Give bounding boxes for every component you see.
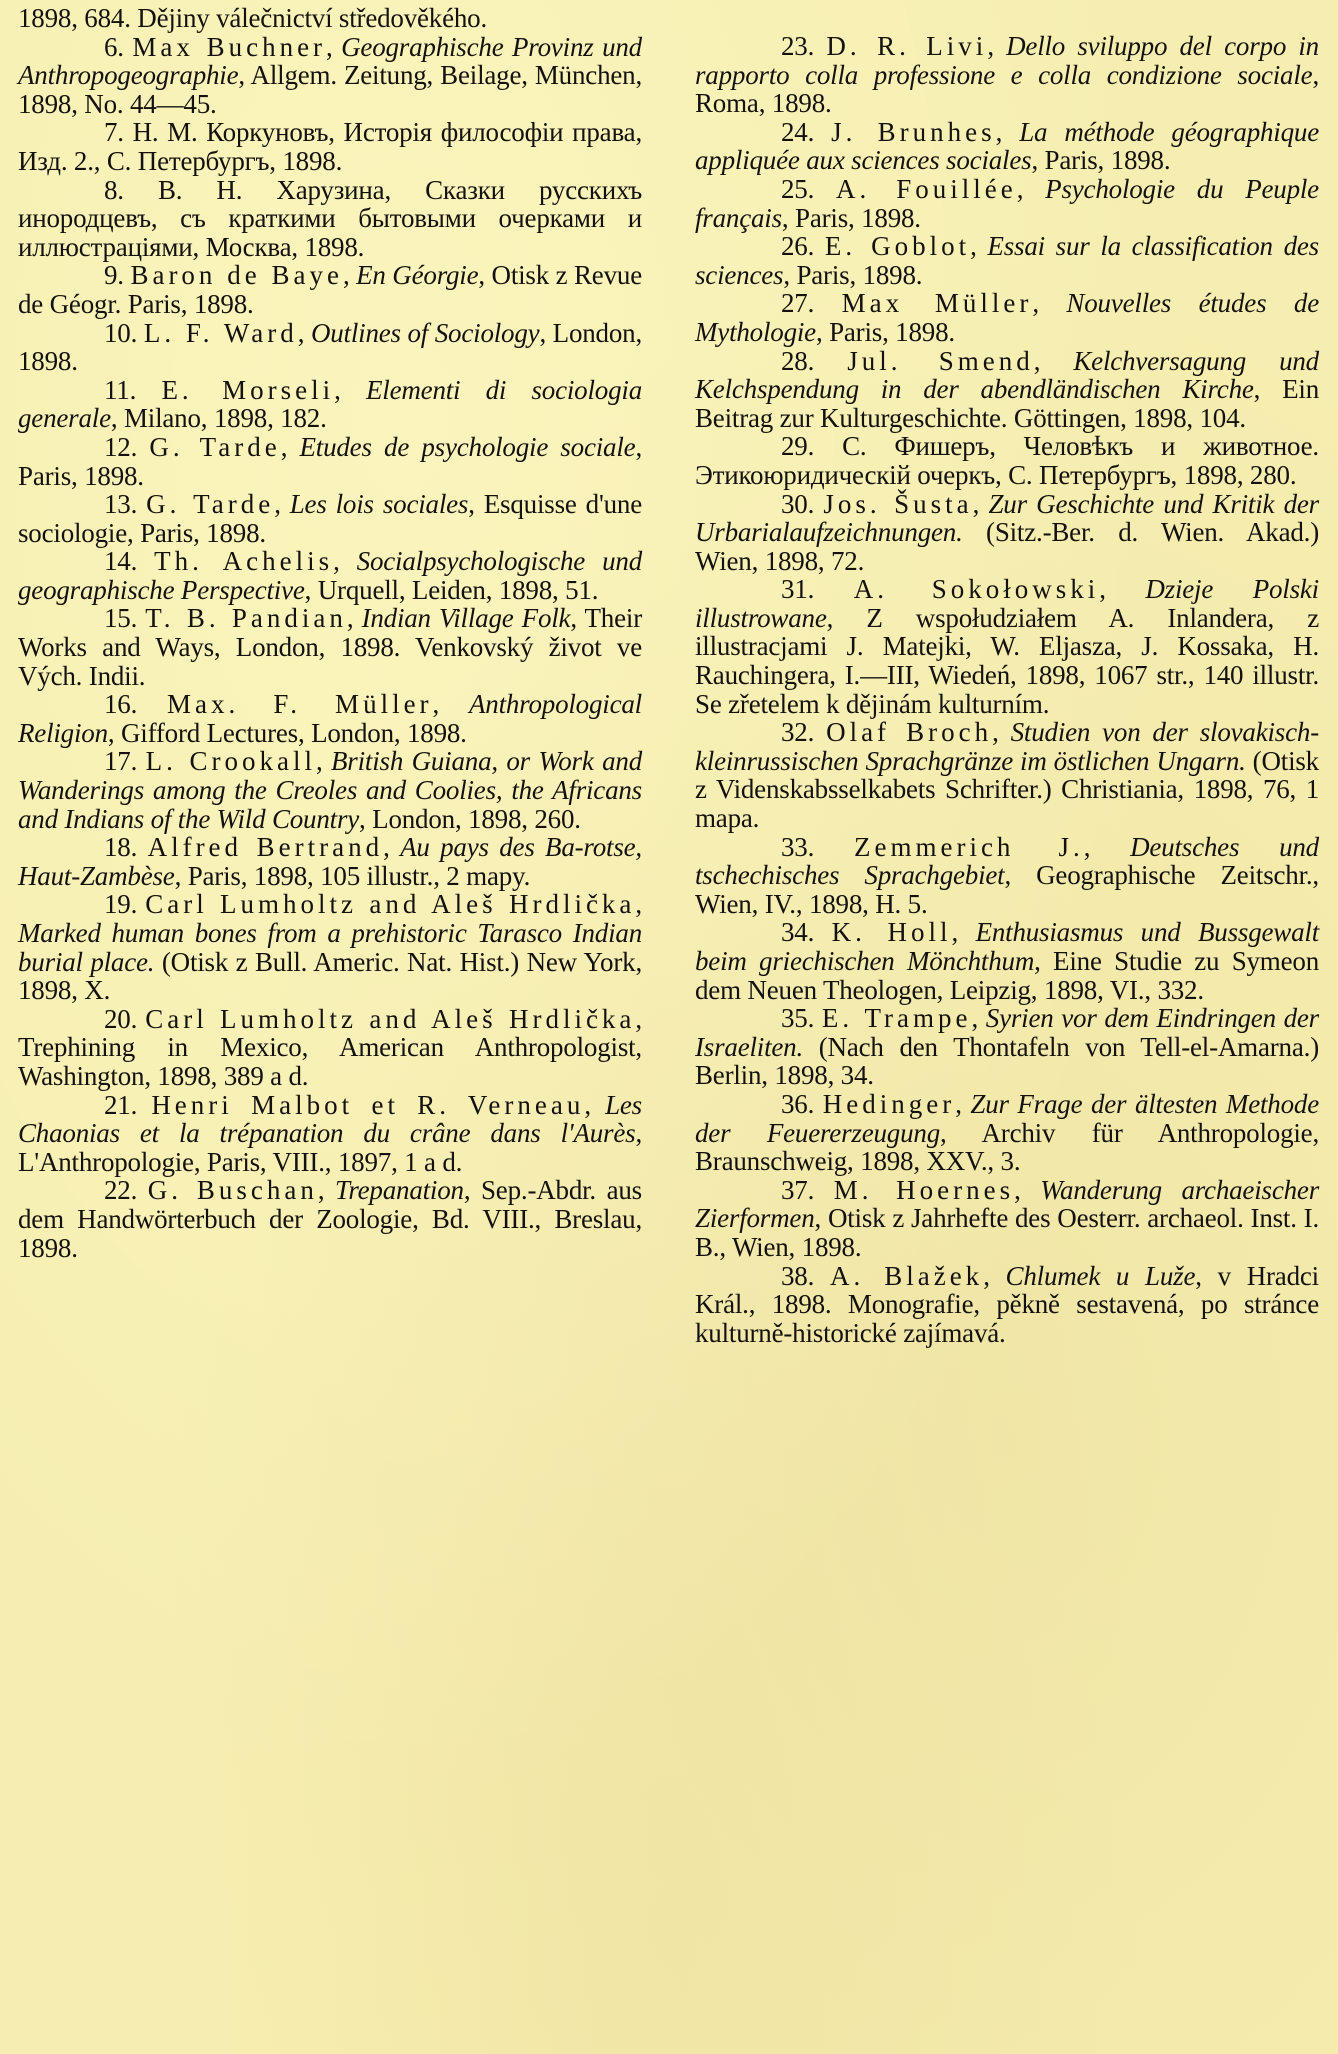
entry-number: 12. [104,432,137,462]
entry-number: 16. [104,689,137,719]
entry-number: 37. [781,1175,814,1205]
bibliography-entry: 16. Max. F. Müller, Anthropological Reli… [18,690,642,747]
entry-number: 30. [781,489,814,519]
entry-number: 10. [104,318,137,348]
bibliography-entry: 28. Jul. Smend, Kelchversagung und Kelch… [695,347,1319,433]
entry-author: E. Morseli [161,375,334,405]
entry-author: Olaf Broch [826,717,992,747]
entry-author: Zemmerich J. [854,832,1084,862]
entry-number: 8. [104,175,124,205]
entry-number: 17. [104,746,137,776]
entry-number: 29. [781,431,814,461]
entry-number: 27. [781,288,814,318]
entry-number: 6. [104,32,124,62]
entry-number: 13. [104,489,137,519]
bibliography-entry: 22. G. Buschan, Trepanation, Sep.-Abdr. … [18,1176,642,1262]
bibliography-entry: 12. G. Tarde, Etudes de psychologie soci… [18,433,642,490]
entry-number: 15. [104,603,137,633]
entry-author: Alfred Bertrand [148,832,384,862]
entry-number: 31. [781,574,814,604]
bibliography-entry: 11. E. Morseli, Elementi di sociologia g… [18,376,642,433]
entry-number: 35. [781,1003,814,1033]
entry-author: G. Buschan [148,1175,318,1205]
entry-details: , Paris, 1898. [1031,145,1170,175]
right-column: 23. D. R. Livi, Dello sviluppo del corpo… [695,32,1319,1347]
bibliography-entry: 33. Zemmerich J., Deutsches und tschechi… [695,833,1319,919]
entry-details: , Paris, 1898. [783,260,922,290]
entry-author: A. Sokołowski [854,574,1100,604]
bibliography-entry: 30. Jos. Šusta, Zur Geschichte und Kriti… [695,490,1319,576]
entry-number: 11. [104,375,136,405]
bibliography-entry: 15. T. B. Pandian, Indian Village Folk, … [18,604,642,690]
entry-author: Carl Lumholtz and Aleš Hrdlička [145,1004,635,1034]
entry-author: T. B. Pandian [145,603,347,633]
bibliography-entry: 1898, 684. Dějiny válečnictví středověké… [18,4,642,33]
entry-author: Max Müller [842,288,1033,318]
bibliography-entry: 24. J. Brunhes, La méthode géographique … [695,118,1319,175]
entry-author: Max Buchner [132,32,326,62]
entry-number: 36. [781,1089,814,1119]
bibliography-entry: 36. Hedinger, Zur Frage der ältesten Met… [695,1090,1319,1176]
entry-number: 21. [104,1090,137,1120]
entry-number: 26. [781,231,814,261]
entry-number: 9. [104,260,124,290]
entry-title: En Géorgie [356,260,478,290]
entry-details: , London, 1898, 260. [359,804,581,834]
entry-number: 7. [104,117,124,147]
entry-author: Max. F. Müller [167,689,433,719]
entry-author: Jul. Smend [847,346,1034,376]
entry-author: J. Brunhes [831,117,995,147]
bibliography-entry: 13. G. Tarde, Les lois sociales, Esquiss… [18,490,642,547]
entry-number: 34. [781,917,814,947]
entry-details: , Paris, 1898. [782,203,921,233]
bibliography-entry: 29. С. Фишеръ, Человѣкъ и животное. Этик… [695,432,1319,489]
bibliography-entry: 17. L. Crookall, British Guiana, or Work… [18,747,642,833]
left-column: 1898, 684. Dějiny válečnictví středověké… [18,4,642,1262]
entry-author: Jos. Šusta [823,489,972,519]
entry-author: G. Tarde [149,432,280,462]
bibliography-entry: 37. M. Hoernes, Wanderung archaeischer Z… [695,1176,1319,1262]
bibliography-entry: 21. Henri Malbot et R. Verneau, Les Chao… [18,1091,642,1177]
entry-details: , Urquell, Leiden, 1898, 51. [305,575,599,605]
bibliography-entry: 31. A. Sokołowski, Dzieje Polski illustr… [695,575,1319,718]
entry-number: 38. [781,1261,814,1291]
entry-title: Etudes de psychologie sociale [299,432,635,462]
bibliography-entry: 20. Carl Lumholtz and Aleš Hrdlička, Tre… [18,1005,642,1091]
entry-title: Outlines of Sociology [311,318,540,348]
bibliography-entry: 6. Max Buchner, Geographische Provinz un… [18,33,642,119]
bibliography-entry: 35. E. Trampe, Syrien vor dem Eindringen… [695,1004,1319,1090]
entry-title: Chlumek u Luže [1006,1261,1196,1291]
entry-details: , Paris, 1898, 105 illustr., 2 mapy. [175,861,531,891]
entry-author: D. R. Livi [826,31,987,61]
entry-number: 33. [781,832,814,862]
entry-number: 28. [781,346,814,376]
entry-author: A. Fouillée [836,174,1017,204]
entry-author: Carl Lumholtz and Aleš Hrdlička [145,889,635,919]
entry-number: 25. [781,174,814,204]
entry-number: 22. [104,1175,137,1205]
entry-author: E. Goblot [825,231,970,261]
entry-author: Henri Malbot et R. Verneau [151,1090,584,1120]
bibliography-entry: 7. Н. М. Коркуновъ, Исторія философіи пр… [18,118,642,175]
entry-number: 24. [781,117,814,147]
bibliography-entry: 27. Max Müller, Nouvelles études de Myth… [695,289,1319,346]
bibliography-entry: 34. K. Holl, Enthusiasmus und Bussgewalt… [695,918,1319,1004]
entry-author: Th. Achelis [154,546,333,576]
entry-number: 20. [104,1004,137,1034]
entry-author: Hedinger [823,1089,955,1119]
entry-details: , Milano, 1898, 182. [111,403,327,433]
bibliography-entry: 14. Th. Achelis, Socialpsychologische un… [18,547,642,604]
entry-details: , Paris, 1898. [816,317,955,347]
entry-title: Trepanation [335,1175,464,1205]
entry-number: 32. [781,717,814,747]
bibliography-entry: 25. A. Fouillée, Psychologie du Peuple f… [695,175,1319,232]
bibliography-entry: 19. Carl Lumholtz and Aleš Hrdlička, Mar… [18,890,642,1004]
entry-details: , Gifford Lectures, London, 1898. [108,718,467,748]
bibliography-entry: 23. D. R. Livi, Dello sviluppo del corpo… [695,32,1319,118]
entry-author: K. Holl [832,917,952,947]
bibliography-entry: 38. A. Blažek, Chlumek u Luže, v Hradci … [695,1262,1319,1348]
entry-author: A. Blažek [830,1261,983,1291]
bibliography-entry: 32. Olaf Broch, Studien von der slovakis… [695,718,1319,832]
entry-number: 14. [104,546,137,576]
bibliography-entry: 18. Alfred Bertrand, Au pays des Ba-rots… [18,833,642,890]
entry-details: 1898, 684. Dějiny válečnictví středověké… [18,3,487,33]
entry-number: 18. [104,832,137,862]
bibliography-entry: 10. L. F. Ward, Outlines of Sociology, L… [18,319,642,376]
entry-title: Les lois sociales [290,489,468,519]
entry-author: Baron de Baye [130,260,343,290]
entry-author: G. Tarde [146,489,274,519]
entry-author: L. F. Ward [144,318,298,348]
bibliography-entry: 8. В. Н. Харузина, Сказки русскихъ иноро… [18,176,642,262]
entry-title: Indian Village Folk [362,603,571,633]
bibliography-entry: 26. E. Goblot, Essai sur la classificati… [695,232,1319,289]
scanned-page: 1898, 684. Dějiny válečnictví středověké… [0,0,1338,2054]
entry-number: 23. [781,31,814,61]
entry-author: M. Hoernes [834,1175,1014,1205]
entry-author: L. Crookall [146,746,316,776]
bibliography-entry: 9. Baron de Baye, En Géorgie, Otisk z Re… [18,261,642,318]
entry-author: E. Trampe [822,1003,972,1033]
entry-number: 19. [104,889,137,919]
